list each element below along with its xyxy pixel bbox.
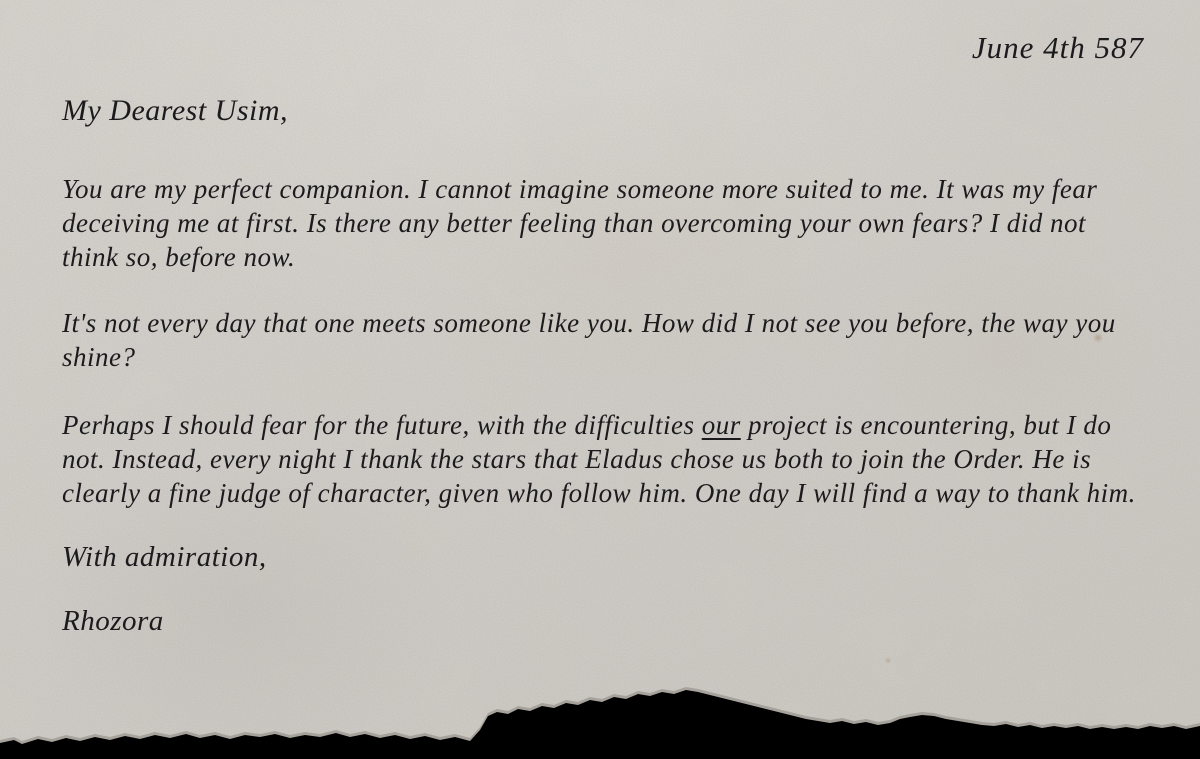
paragraph-2: It's not every day that one meets someon… xyxy=(62,306,1144,374)
letter-body: My Dearest Usim, You are my perfect comp… xyxy=(62,0,1144,638)
paragraph-3-before: Perhaps I should fear for the future, wi… xyxy=(62,410,702,440)
underlined-word-our: our xyxy=(702,410,741,440)
salutation: My Dearest Usim, xyxy=(62,94,1144,128)
closing: With admiration, xyxy=(62,540,1144,574)
paragraph-1: You are my perfect companion. I cannot i… xyxy=(62,172,1144,274)
letter-page: June 4th 587 My Dearest Usim, You are my… xyxy=(0,0,1200,759)
paragraph-3: Perhaps I should fear for the future, wi… xyxy=(62,408,1144,510)
signature: Rhozora xyxy=(62,604,1144,638)
